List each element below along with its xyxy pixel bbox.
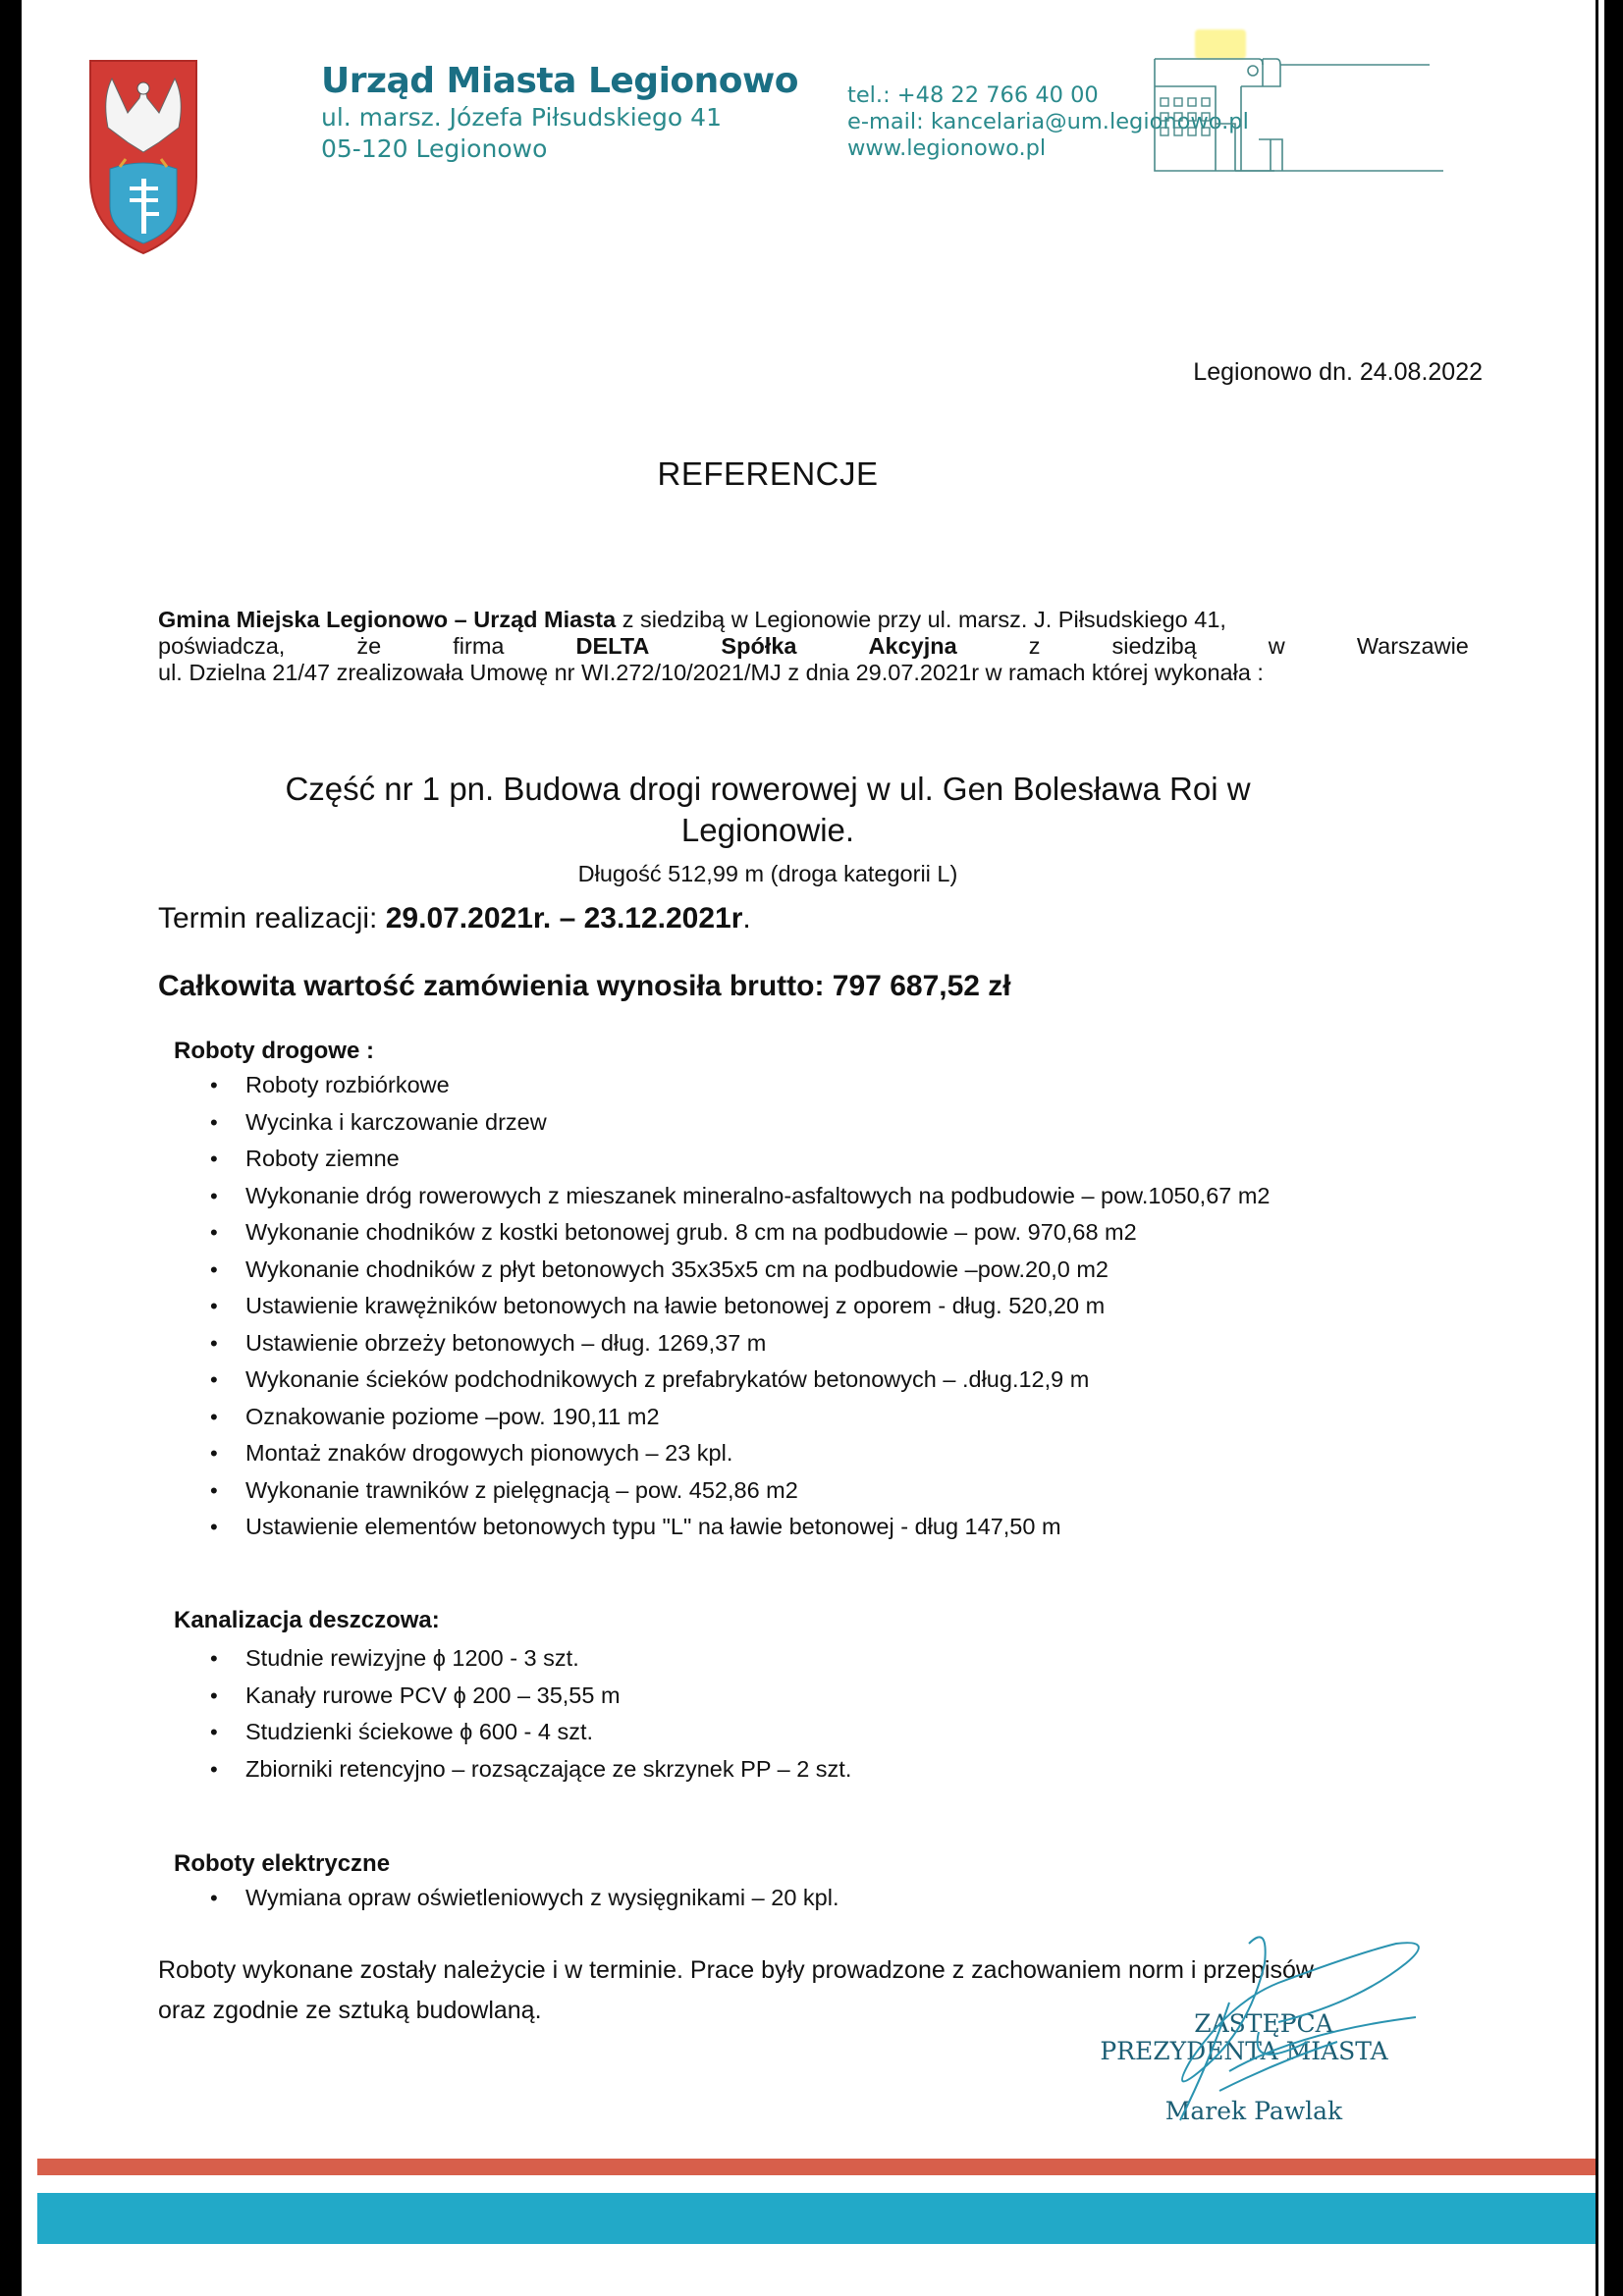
list-item: Montaż znaków drogowych pionowych – 23 k… (174, 1435, 1271, 1472)
signer-name: Marek Pawlak (1107, 2097, 1401, 2125)
list-item: Studnie rewizyjne ϕ 1200 - 3 szt. (174, 1640, 851, 1678)
list-item: Studzienki ściekowe ϕ 600 - 4 szt. (174, 1714, 851, 1751)
signer-role-line-1: ZASTĘPCA (1126, 2010, 1401, 2038)
list-item: Wykonanie dróg rowerowych z mieszanek mi… (174, 1178, 1271, 1215)
list-item: Roboty ziemne (174, 1141, 1271, 1178)
list-item: Ustawienie krawężników betonowych na ław… (174, 1288, 1271, 1325)
scan-border (1598, 0, 1604, 2296)
document-page: Urząd Miasta Legionowo ul. marsz. Józefa… (22, 0, 1596, 2296)
section-heading-road-works: Roboty drogowe : (174, 1038, 374, 1065)
document-date: Legionowo dn. 24.08.2022 (1193, 358, 1483, 387)
signer-role-line-2: PREZYDENTA MIASTA (1087, 2038, 1401, 2065)
organization-block: Urząd Miasta Legionowo ul. marsz. Józefa… (321, 61, 798, 165)
intro-line-1: Gmina Miejska Legionowo – Urząd Miasta z… (158, 607, 1493, 633)
footer-stripe-red (37, 2159, 1596, 2175)
organization-name: Urząd Miasta Legionowo (321, 61, 798, 102)
section-heading-stormwater: Kanalizacja deszczowa: (174, 1607, 440, 1634)
list-item: Wykonanie ścieków podchodnikowych z pref… (174, 1362, 1271, 1399)
stormwater-list: Studnie rewizyjne ϕ 1200 - 3 szt.Kanały … (174, 1640, 851, 1788)
issuer-name: Gmina Miejska Legionowo – Urząd Miasta (158, 607, 616, 632)
road-works-list: Roboty rozbiórkoweWycinka i karczowanie … (174, 1067, 1271, 1546)
list-item: Wykonanie chodników z kostki betonowej g… (174, 1214, 1271, 1252)
list-item: Wykonanie trawników z pielęgnacją – pow.… (174, 1472, 1271, 1510)
project-title: Część nr 1 pn. Budowa drogi rowerowej w … (22, 769, 1514, 851)
completion-term: Termin realizacji: 29.07.2021r. – 23.12.… (158, 902, 751, 935)
town-hall-building-icon (1149, 57, 1593, 175)
company-name: DELTA (576, 633, 650, 660)
project-length: Długość 512,99 m (droga kategorii L) (22, 861, 1514, 887)
list-item: Wycinka i karczowanie drzew (174, 1104, 1271, 1142)
term-dates: 29.07.2021r. – 23.12.2021r (386, 902, 743, 934)
list-item: Wykonanie chodników z płyt betonowych 35… (174, 1252, 1271, 1289)
signature-stamp: ZASTĘPCA PREZYDENTA MIASTA Marek Pawlak (1087, 2010, 1401, 2125)
list-item: Zbiorniki retencyjno – rozsączające ze s… (174, 1751, 851, 1789)
address-line-1: ul. marsz. Józefa Piłsudskiego 41 (321, 102, 798, 133)
section-heading-electrical: Roboty elektryczne (174, 1850, 390, 1878)
intro-paragraph: Gmina Miejska Legionowo – Urząd Miasta z… (158, 607, 1493, 686)
list-item: Roboty rozbiórkowe (174, 1067, 1271, 1104)
list-item: Kanały rurowe PCV ϕ 200 – 35,55 m (174, 1678, 851, 1715)
intro-line-3: ul. Dzielna 21/47 zrealizowała Umowę nr … (158, 660, 1493, 686)
highlighter-mark (1195, 29, 1246, 59)
address-line-2: 05-120 Legionowo (321, 133, 798, 165)
document-title: REFERENCJE (22, 455, 1514, 493)
list-item: Ustawienie obrzeży betonowych – dług. 12… (174, 1325, 1271, 1362)
city-coat-of-arms-icon (88, 59, 198, 255)
intro-line-2: poświadcza, że firma DELTA Spółka Akcyjn… (158, 633, 1469, 660)
list-item: Oznakowanie poziome –pow. 190,11 m2 (174, 1399, 1271, 1436)
list-item: Ustawienie elementów betonowych typu "L"… (174, 1509, 1271, 1546)
electrical-list: Wymiana opraw oświetleniowych z wysięgni… (174, 1880, 839, 1917)
total-order-value: Całkowita wartość zamówienia wynosiła br… (158, 970, 1011, 1003)
footer-stripe-blue (37, 2193, 1596, 2244)
list-item: Wymiana opraw oświetleniowych z wysięgni… (174, 1880, 839, 1917)
